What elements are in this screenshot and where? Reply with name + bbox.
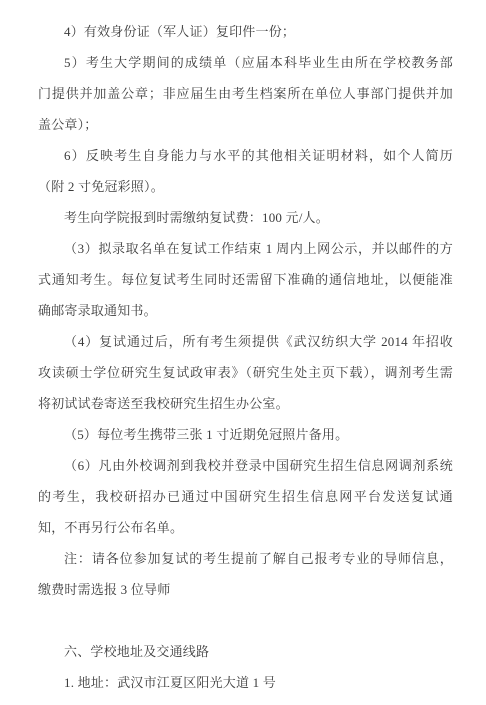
paragraph: 六、学校地址及交通线路 (38, 636, 453, 667)
paragraph: 6）反映考生自身能力与水平的其他相关证明材料，如个人简历（附 2 寸免冠彩照）。 (38, 140, 453, 202)
paragraph: （5）每位考生携带三张 1 寸近期免冠照片备用。 (38, 419, 453, 450)
text-line: 式通知考生。每位复试考生同时还需留下准确的通信地址，以便能准 (38, 264, 453, 295)
paragraph: 注：请各位参加复试的考生提前了解自己报考专业的导师信息，缴费时需选报 3 位导师 (38, 543, 453, 605)
text-line: 考生向学院报到时需缴纳复试费：100 元/人。 (38, 202, 453, 233)
document-body: 4）有效身份证（军人证）复印件一份；5）考生大学期间的成绩单（应届本科毕业生由所… (38, 16, 453, 698)
text-line: 将初试试卷寄送至我校研究生招生办公室。 (38, 388, 453, 419)
paragraph: （4）复试通过后，所有考生须提供《武汉纺织大学 2014 年招收攻读硕士学位研究… (38, 326, 453, 419)
text-line: 注：请各位参加复试的考生提前了解自己报考专业的导师信息， (38, 543, 453, 574)
document-page: 4）有效身份证（军人证）复印件一份；5）考生大学期间的成绩单（应届本科毕业生由所… (0, 0, 486, 705)
text-line: 4）有效身份证（军人证）复印件一份； (38, 16, 453, 47)
text-line: （6）凡由外校调剂到我校并登录中国研究生招生信息网调剂系统 (38, 450, 453, 481)
text-line: 的考生，我校研招办已通过中国研究生招生信息网平台发送复试通 (38, 481, 453, 512)
text-line: 缴费时需选报 3 位导师 (38, 574, 453, 605)
text-line: 确邮寄录取通知书。 (38, 295, 453, 326)
text-line: 门提供并加盖公章；非应届生由考生档案所在单位人事部门提供并加 (38, 78, 453, 109)
text-line: （附 2 寸免冠彩照）。 (38, 171, 453, 202)
text-line: 攻读硕士学位研究生复试政审表》（研究生处主页下载），调剂考生需 (38, 357, 453, 388)
paragraph: 考生向学院报到时需缴纳复试费：100 元/人。 (38, 202, 453, 233)
text-line: 5）考生大学期间的成绩单（应届本科毕业生由所在学校教务部 (38, 47, 453, 78)
paragraph: 1. 地址：武汉市江夏区阳光大道 1 号 (38, 667, 453, 698)
text-line: （4）复试通过后，所有考生须提供《武汉纺织大学 2014 年招收 (38, 326, 453, 357)
text-line: （5）每位考生携带三张 1 寸近期免冠照片备用。 (38, 419, 453, 450)
paragraph: （3）拟录取名单在复试工作结束 1 周内上网公示，并以邮件的方式通知考生。每位复… (38, 233, 453, 326)
paragraph: 4）有效身份证（军人证）复印件一份； (38, 16, 453, 47)
paragraph: （6）凡由外校调剂到我校并登录中国研究生招生信息网调剂系统的考生，我校研招办已通… (38, 450, 453, 543)
text-line: 6）反映考生自身能力与水平的其他相关证明材料，如个人简历 (38, 140, 453, 171)
paragraph: 5）考生大学期间的成绩单（应届本科毕业生由所在学校教务部门提供并加盖公章；非应届… (38, 47, 453, 140)
text-line: （3）拟录取名单在复试工作结束 1 周内上网公示，并以邮件的方 (38, 233, 453, 264)
text-line: 知，不再另行公布名单。 (38, 512, 453, 543)
text-line: 盖公章）； (38, 109, 453, 140)
text-line: 六、学校地址及交通线路 (38, 636, 453, 667)
text-line: 1. 地址：武汉市江夏区阳光大道 1 号 (38, 667, 453, 698)
blank-line (38, 605, 453, 636)
